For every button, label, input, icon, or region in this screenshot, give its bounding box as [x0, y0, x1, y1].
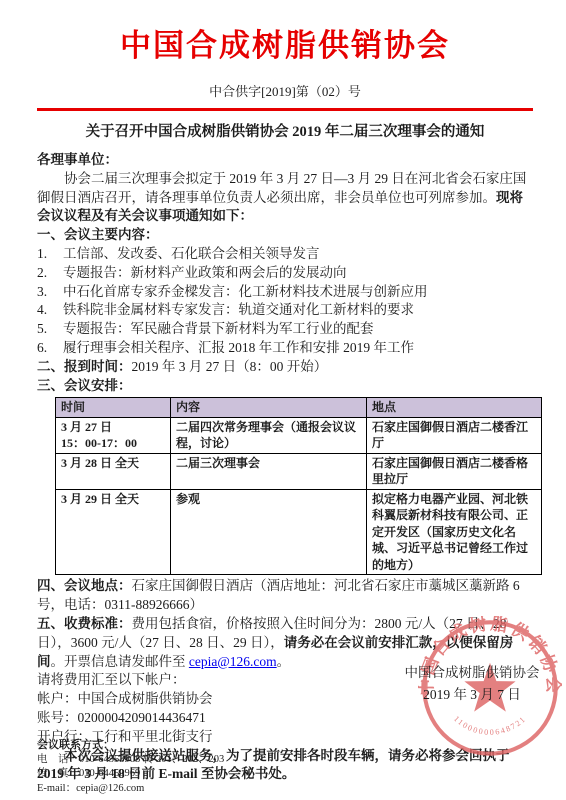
section2-text: 2019 年 3 月 27 日（8：00 开始） — [132, 359, 328, 374]
cell-time: 3 月 27 日15：00-17：00 — [56, 417, 171, 453]
list-item-text: 中石化首席专家乔金樑发言：化工新材料技术进展与创新应用 — [63, 283, 428, 302]
seal-serial-number: 11000000648721 — [452, 714, 528, 737]
agenda-list: 1.工信部、发改委、石化联合会相关领导发言 2.专题报告：新材料产业政策和两会后… — [37, 245, 533, 358]
list-item-text: 专题报告：新材料产业政策和两会后的发展动向 — [63, 264, 347, 283]
document-page: 中国合成树脂供销协会 中合供字[2019]第（02）号 关于召开中国合成树脂供销… — [0, 0, 566, 800]
time-line2: 15：00-17：00 — [61, 435, 165, 452]
list-item-text: 专题报告：军民融合背景下新材料为军工行业的配套 — [63, 320, 374, 339]
red-divider — [37, 108, 533, 111]
signature-org: 中国合成树脂供销协会 — [392, 662, 552, 684]
section4-label: 四、会议地点： — [37, 578, 132, 593]
table-row: 3 月 29 日 全天 参观 拟定格力电器产业园、河北铁科翼辰新材科技有限公司、… — [56, 489, 542, 575]
cell-place: 拟定格力电器产业园、河北铁科翼辰新材科技有限公司、正定开发区（国家历史文化名城、… — [367, 489, 542, 575]
fax-label: 传 真： — [37, 768, 79, 779]
intro-paragraph: 协会二届三次理事会拟定于 2019 年 3 月 27 日—3 月 29 日在河北… — [37, 170, 533, 226]
section4-line: 四、会议地点：石家庄国御假日酒店（酒店地址：河北省石家庄市藁城区藁新路 6 号，… — [37, 577, 533, 615]
salutation: 各理事单位： — [37, 151, 533, 170]
list-item-number: 4. — [37, 301, 63, 320]
list-item-number: 3. — [37, 283, 63, 302]
invoice-email-link[interactable]: cepia@126.com — [189, 654, 277, 669]
section2-label: 二、报到时间： — [37, 359, 132, 374]
list-item-number: 6. — [37, 339, 63, 358]
list-item-text: 履行理事会相关程序、汇报 2018 年工作和安排 2019 年工作 — [63, 339, 414, 358]
column-header-place: 地点 — [367, 398, 542, 418]
email-value: cepia@126.com — [76, 783, 144, 794]
document-number: 中合供字[2019]第（02）号 — [37, 81, 533, 100]
section5-label: 五、收费标准： — [37, 616, 132, 631]
time-line1: 3 月 27 日 — [61, 419, 165, 436]
list-item-number: 5. — [37, 320, 63, 339]
phone-value: 010-64553908 转 201、202、203 — [79, 754, 224, 765]
list-item: 2.专题报告：新材料产业政策和两会后的发展动向 — [37, 264, 533, 283]
list-item-text: 铁科院非金属材料专家发言：轨道交通对化工新材料的要求 — [63, 301, 414, 320]
schedule-table: 时间 内容 地点 3 月 27 日15：00-17：00 二届四次常务理事会（通… — [55, 397, 542, 575]
cell-place: 石家庄国御假日酒店二楼香江厅 — [367, 417, 542, 453]
section5-text2: 。开票信息请发邮件至 — [51, 654, 189, 669]
list-item: 4.铁科院非金属材料专家发言：轨道交通对化工新材料的要求 — [37, 301, 533, 320]
cell-content: 二届三次理事会 — [171, 453, 367, 489]
list-item: 6.履行理事会相关程序、汇报 2018 年工作和安排 2019 年工作 — [37, 339, 533, 358]
list-item-number: 1. — [37, 245, 63, 264]
fax-value: 010-64450969 — [79, 768, 140, 779]
signature-date: 2019 年 3 月 7 日 — [392, 684, 552, 706]
email-label: E-mail： — [37, 783, 76, 794]
page-title: 关于召开中国合成树脂供销协会 2019 年二届三次理事会的通知 — [37, 120, 533, 141]
signature-block: 中国合成树脂供销协会 2019 年 3 月 7 日 — [392, 662, 552, 706]
contact-email-row: E-mail：cepia@126.com — [37, 782, 224, 797]
svg-text:11000000648721: 11000000648721 — [452, 714, 528, 737]
contact-phone-row: 电 话：010-64553908 转 201、202、203 — [37, 753, 224, 768]
cell-content: 参观 — [171, 489, 367, 575]
column-header-time: 时间 — [56, 398, 171, 418]
cell-time: 3 月 29 日 全天 — [56, 489, 171, 575]
table-row: 3 月 28 日 全天 二届三次理事会 石家庄国御假日酒店二楼香格里拉厅 — [56, 453, 542, 489]
list-item-number: 2. — [37, 264, 63, 283]
cell-time: 3 月 28 日 全天 — [56, 453, 171, 489]
list-item: 1.工信部、发改委、石化联合会相关领导发言 — [37, 245, 533, 264]
contact-fax-row: 传 真：010-64450969 — [37, 767, 224, 782]
column-header-content: 内容 — [171, 398, 367, 418]
organization-title: 中国合成树脂供销协会 — [37, 20, 533, 65]
section5-text3: 。 — [277, 654, 291, 669]
table-header-row: 时间 内容 地点 — [56, 398, 542, 418]
contact-block: 会议联系方式： 电 话：010-64553908 转 201、202、203 传… — [37, 738, 224, 796]
list-item: 3.中石化首席专家乔金樑发言：化工新材料技术进展与创新应用 — [37, 283, 533, 302]
section1-heading: 一、会议主要内容： — [37, 226, 533, 245]
table-row: 3 月 27 日15：00-17：00 二届四次常务理事会（通报会议议程，讨论）… — [56, 417, 542, 453]
cell-place: 石家庄国御假日酒店二楼香格里拉厅 — [367, 453, 542, 489]
section2-line: 二、报到时间：2019 年 3 月 27 日（8：00 开始） — [37, 358, 533, 377]
contact-heading: 会议联系方式： — [37, 738, 224, 753]
phone-label: 电 话： — [37, 754, 79, 765]
list-item-text: 工信部、发改委、石化联合会相关领导发言 — [63, 245, 320, 264]
list-item: 5.专题报告：军民融合背景下新材料为军工行业的配套 — [37, 320, 533, 339]
intro-text: 协会二届三次理事会拟定于 2019 年 3 月 27 日—3 月 29 日在河北… — [37, 171, 526, 205]
cell-content: 二届四次常务理事会（通报会议议程，讨论） — [171, 417, 367, 453]
section3-heading: 三、会议安排： — [37, 377, 533, 396]
